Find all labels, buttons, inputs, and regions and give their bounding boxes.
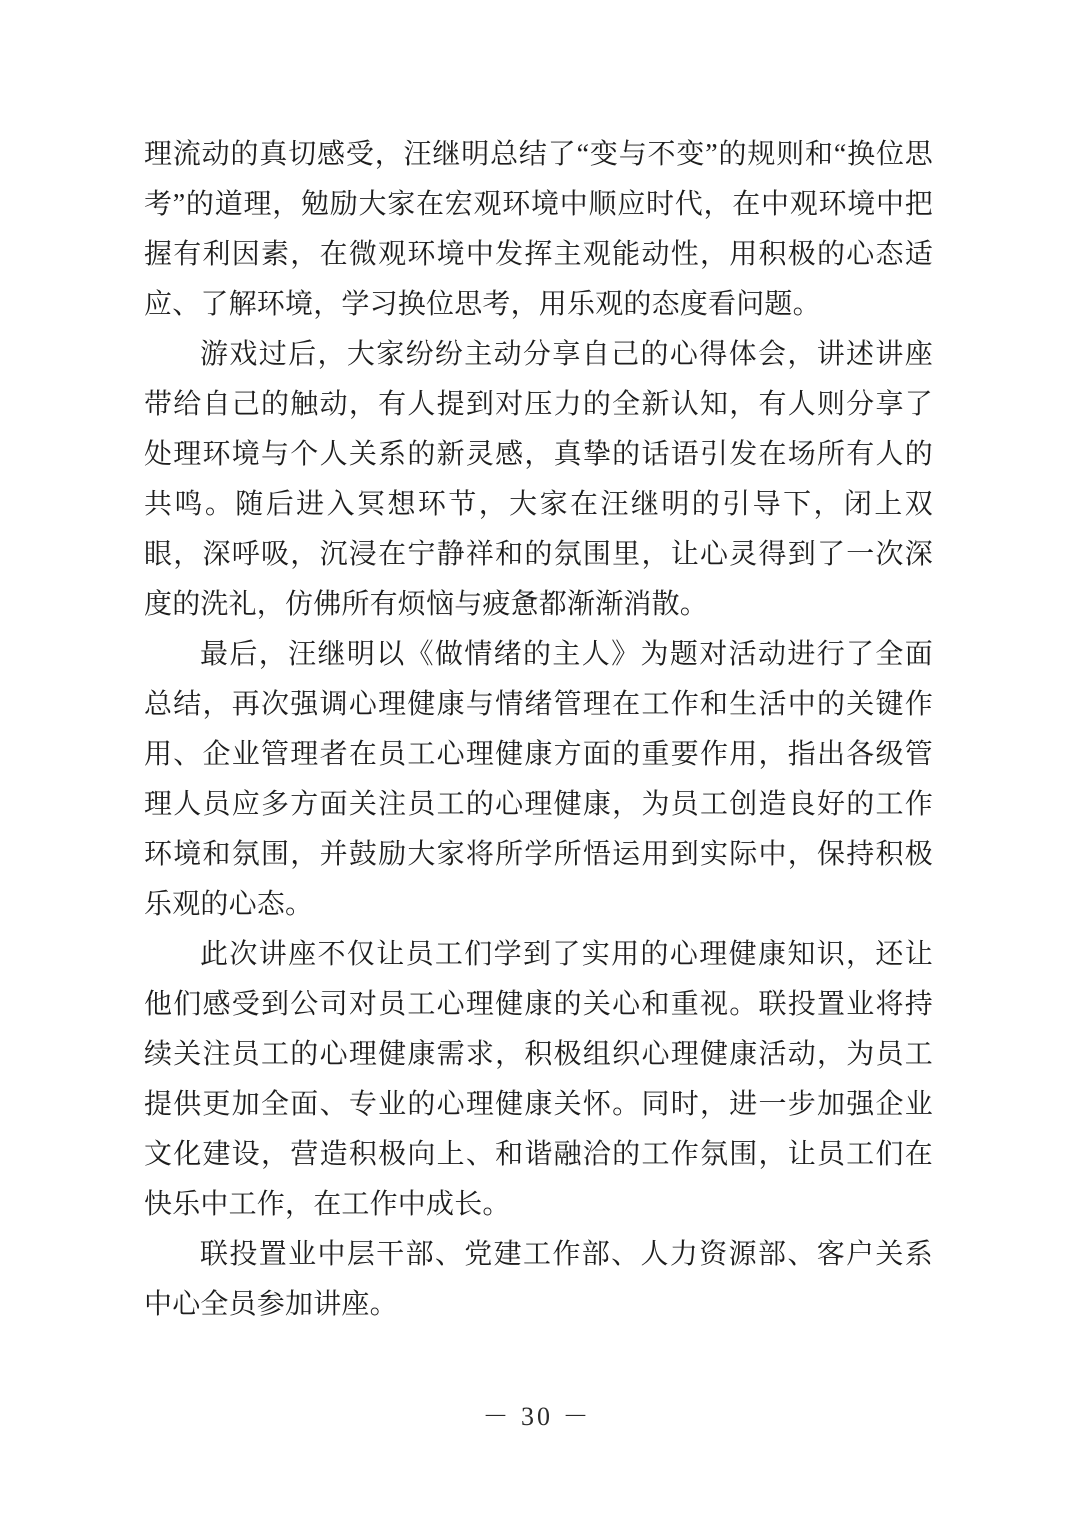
document-page: 理流动的真切感受，汪继明总结了“变与不变”的规则和“换位思考”的道理，勉励大家在… (0, 0, 1074, 1520)
paragraph-summary: 最后，汪继明以《做情绪的主人》为题对活动进行了全面总结，再次强调心理健康与情绪管… (144, 630, 933, 930)
page-number: － 30 － (0, 1396, 1074, 1433)
paragraph-company-commitment: 此次讲座不仅让员工们学到了实用的心理健康知识，还让他们感受到公司对员工心理健康的… (144, 930, 933, 1230)
paragraph-sharing-meditation: 游戏过后，大家纷纷主动分享自己的心得体会，讲述讲座带给自己的触动，有人提到对压力… (144, 330, 933, 630)
text-body: 理流动的真切感受，汪继明总结了“变与不变”的规则和“换位思考”的道理，勉励大家在… (144, 130, 933, 1330)
paragraph-continuation: 理流动的真切感受，汪继明总结了“变与不变”的规则和“换位思考”的道理，勉励大家在… (144, 130, 933, 330)
paragraph-attendees: 联投置业中层干部、党建工作部、人力资源部、客户关系中心全员参加讲座。 (144, 1230, 933, 1330)
